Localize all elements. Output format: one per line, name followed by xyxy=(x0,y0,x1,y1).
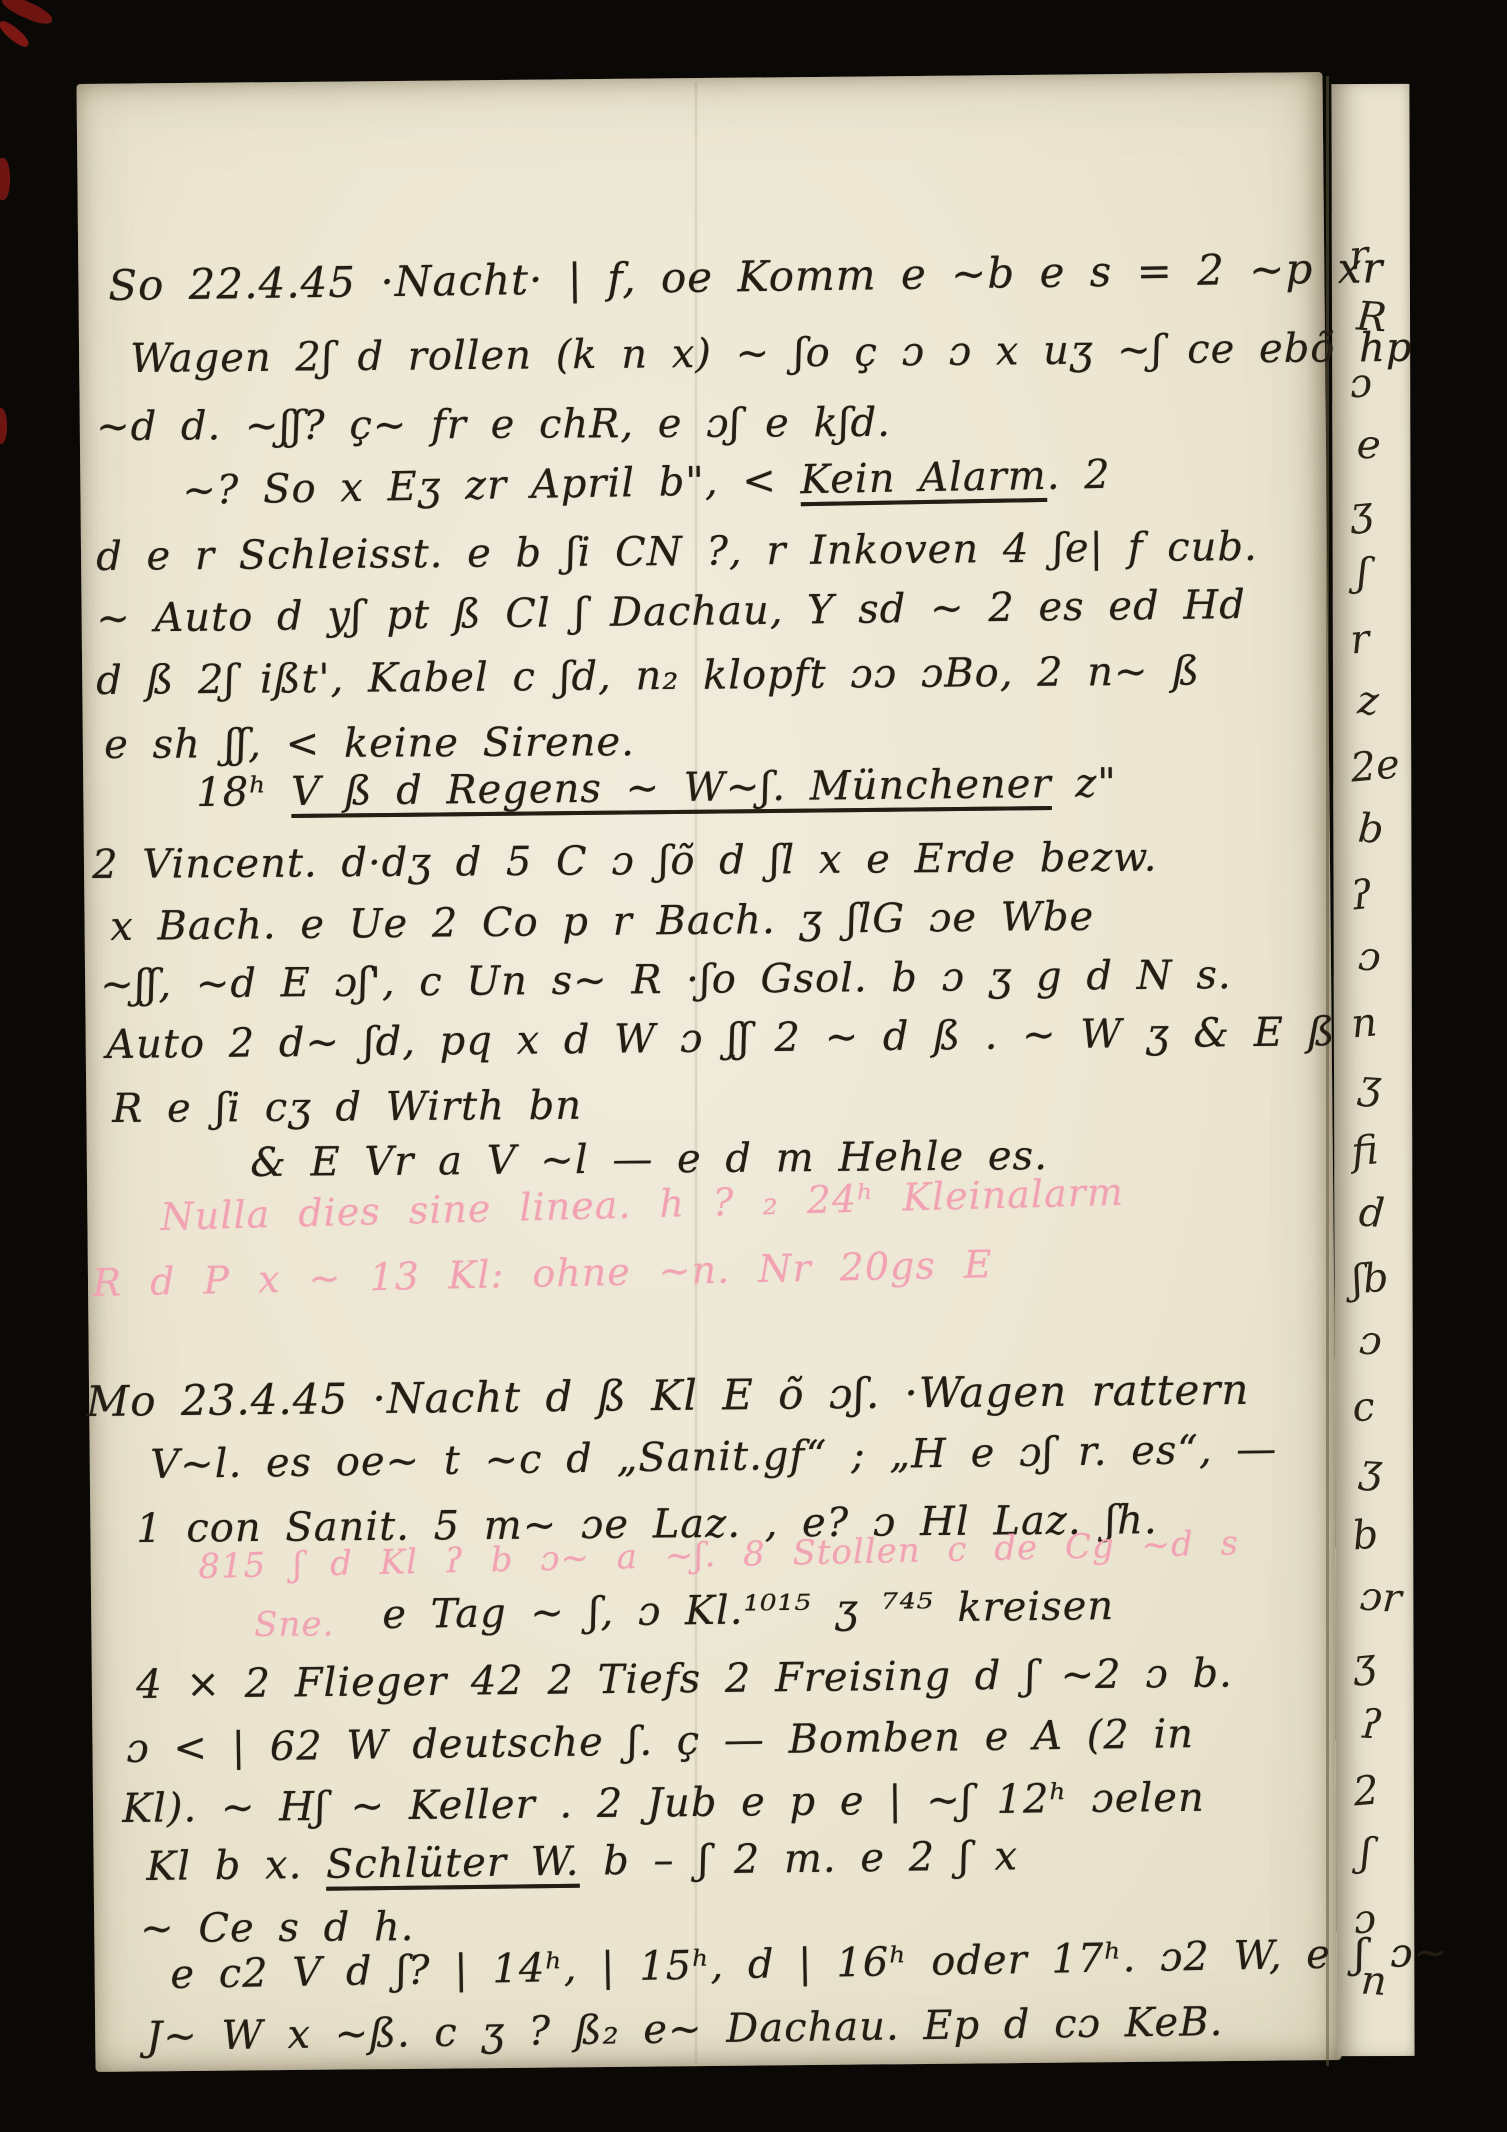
line-text: Sne. xyxy=(254,1604,334,1645)
facing-page-glyph: ʃb xyxy=(1350,1252,1414,1321)
line-text: z" xyxy=(1051,760,1117,807)
facing-page-glyph: z xyxy=(1355,677,1417,745)
facing-page-glyph: c xyxy=(1350,1380,1414,1449)
manuscript-line: ~d d. ~ʃʃ? ç~ fr e chR, e ɔʃ e kʃd. xyxy=(96,400,891,450)
facing-page-glyph: ʒ xyxy=(1351,1636,1415,1705)
line-text: d ß 2ʃ ißt', Kabel c ʃd, n₂ klopft ɔɔ ɔB… xyxy=(96,648,1200,704)
red-edge-mark xyxy=(0,18,32,50)
line-text: . 2 xyxy=(1046,452,1111,499)
facing-page-edge: rRɔeʒʃrz2ebʔɔnʒfidʃbɔcʒbɔrʒʔ2ʃɔn xyxy=(1331,84,1414,2056)
facing-page-glyph: ʒ xyxy=(1348,484,1412,553)
facing-page-glyph: b xyxy=(1355,805,1417,873)
line-text: ~ Ce s d h. xyxy=(140,1904,415,1952)
manuscript-line-muenchener: 18ʰ V ß d Regens ~ W~ʃ. Münchener z" xyxy=(196,760,1117,816)
facing-page-glyph: ɔr xyxy=(1357,1573,1419,1641)
facing-page-glyph: ʒ xyxy=(1356,1061,1418,1129)
underlined-text: V ß d Regens ~ W~ʃ. Münchener xyxy=(291,761,1052,815)
facing-page-glyph: d xyxy=(1356,1189,1418,1257)
manuscript-line: d ß 2ʃ ißt', Kabel c ʃd, n₂ klopft ɔɔ ɔB… xyxy=(96,648,1200,704)
scanned-photo-frame: rRɔeʒʃrz2ebʔɔnʒfidʃbɔcʒbɔrʒʔ2ʃɔn So 22.4… xyxy=(0,0,1507,2132)
pink-annotation: Sne. xyxy=(254,1605,334,1645)
line-text: Kl b x. xyxy=(146,1842,326,1890)
line-text: b – ʃ 2 m. e 2 ʃ x xyxy=(579,1833,1018,1884)
facing-page-glyph: r xyxy=(1348,612,1412,681)
line-text: ~d d. ~ʃʃ? ç~ fr e chR, e ɔʃ e kʃd. xyxy=(96,400,891,450)
facing-page-glyph: ʔ xyxy=(1358,1701,1420,1769)
facing-page-glyph: fi xyxy=(1349,1124,1413,1193)
facing-page-glyph: 2e xyxy=(1348,740,1412,809)
line-text: e Tag ~ ʃ, ɔ Kl.¹⁰¹⁵ ʒ ⁷⁴⁵ kreisen xyxy=(382,1583,1114,1638)
red-edge-mark xyxy=(0,408,7,444)
facing-page-glyph: ʔ xyxy=(1349,868,1413,937)
facing-page-glyph: ɔ xyxy=(1356,933,1418,1001)
facing-page-glyph: ʃ xyxy=(1358,1829,1420,1897)
page-crease xyxy=(694,82,698,2064)
facing-page-glyph: n xyxy=(1349,996,1413,1065)
facing-page-glyph: ʒ xyxy=(1357,1445,1419,1513)
line-text: e sh ʃʃ, < keine Sirene. xyxy=(104,719,635,768)
facing-page-glyph: ɔ xyxy=(1357,1317,1419,1385)
fold-gutter-line xyxy=(1326,76,1329,2066)
facing-page-glyph-column: rRɔeʒʃrz2ebʔɔnʒfidʃbɔcʒbɔrʒʔ2ʃɔn xyxy=(1350,230,1413,2022)
facing-page-glyph: b xyxy=(1350,1508,1414,1577)
manuscript-line-kreisen: e Tag ~ ʃ, ɔ Kl.¹⁰¹⁵ ʒ ⁷⁴⁵ kreisen xyxy=(382,1583,1114,1638)
manuscript-line: ~ Ce s d h. xyxy=(140,1904,415,1952)
manuscript-line: R e ʃi cʒ d Wirth bn xyxy=(112,1083,582,1132)
facing-page-glyph: e xyxy=(1354,421,1416,489)
line-text: 18ʰ xyxy=(196,769,291,816)
facing-page-glyph: ʃ xyxy=(1355,549,1417,617)
manuscript-line: 2 Vincent. d·dʒ d 5 C ɔ ʃõ d ʃl x e Erde… xyxy=(92,835,1158,888)
underlined-text: Schlüter W. xyxy=(326,1839,580,1888)
line-text: 2 Vincent. d·dʒ d 5 C ɔ ʃõ d ʃl x e Erde… xyxy=(92,835,1158,888)
line-text: R e ʃi cʒ d Wirth bn xyxy=(112,1083,582,1132)
underlined-text: Kein Alarm xyxy=(800,453,1047,503)
facing-page-glyph: 2 xyxy=(1351,1764,1415,1833)
manuscript-line-keine-sirene: e sh ʃʃ, < keine Sirene. xyxy=(104,719,635,768)
red-edge-mark xyxy=(0,158,10,200)
